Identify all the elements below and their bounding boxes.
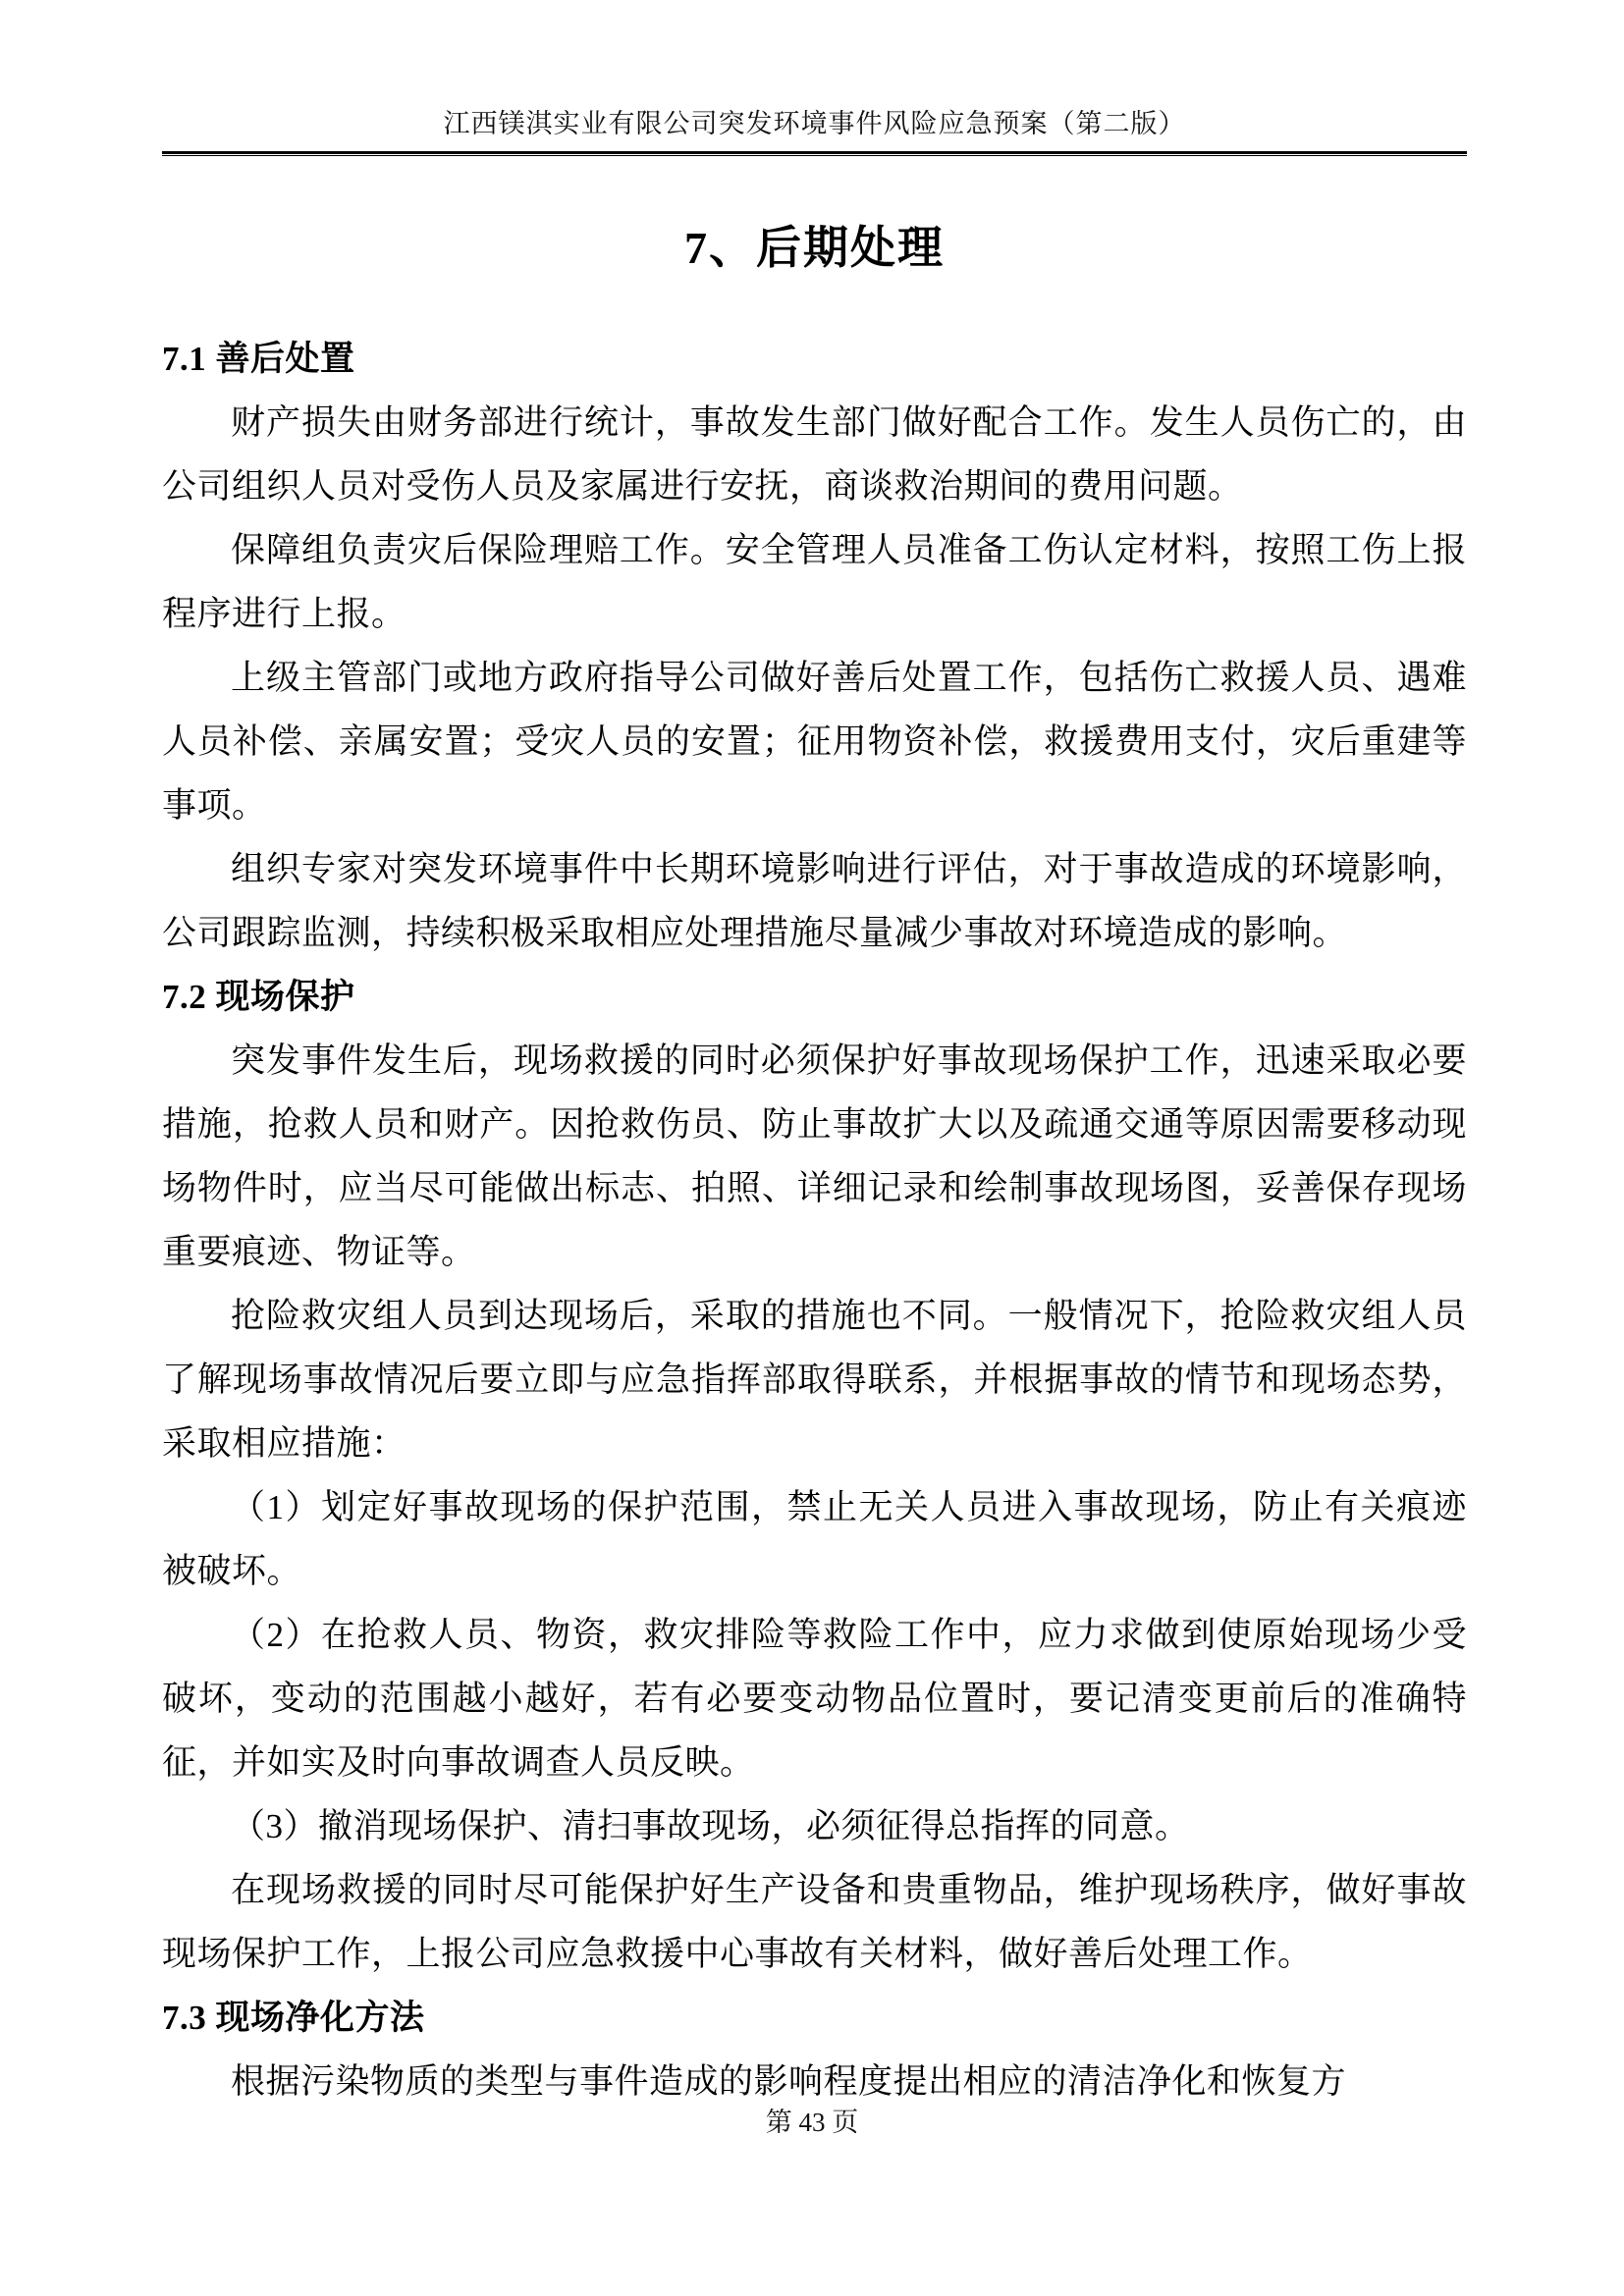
paragraph: （1）划定好事故现场的保护范围，禁止无关人员进入事故现场，防止有关痕迹被破坏。 <box>162 1475 1467 1603</box>
paragraph: 保障组负责灾后保险理赔工作。安全管理人员准备工伤认定材料，按照工伤上报程序进行上… <box>162 518 1467 646</box>
document-body: 7、后期处理 7.1 善后处置 财产损失由财务部进行统计，事故发生部门做好配合工… <box>162 221 1467 2113</box>
paragraph: 抢险救灾组人员到达现场后，采取的措施也不同。一般情况下，抢险救灾组人员了解现场事… <box>162 1284 1467 1475</box>
page-footer: 第 43 页 <box>0 2101 1624 2139</box>
document-page: 江西镁淇实业有限公司突发环境事件风险应急预案（第二版） 7、后期处理 7.1 善… <box>0 0 1624 2296</box>
header-title: 江西镁淇实业有限公司突发环境事件风险应急预案（第二版） <box>162 108 1467 139</box>
section-heading-7-2: 7.2 现场保护 <box>162 965 1467 1029</box>
paragraph: 上级主管部门或地方政府指导公司做好善后处置工作，包括伤亡救援人员、遇难人员补偿、… <box>162 646 1467 837</box>
header-rule <box>162 151 1467 156</box>
paragraph: 组织专家对突发环境事件中长期环境影响进行评估，对于事故造成的环境影响，公司跟踪监… <box>162 837 1467 965</box>
paragraph: 在现场救援的同时尽可能保护好生产设备和贵重物品，维护现场秩序，做好事故现场保护工… <box>162 1858 1467 1986</box>
paragraph: 突发事件发生后，现场救援的同时必须保护好事故现场保护工作，迅速采取必要措施，抢救… <box>162 1029 1467 1284</box>
page-number: 第 43 页 <box>766 2108 859 2137</box>
page-header: 江西镁淇实业有限公司突发环境事件风险应急预案（第二版） <box>162 0 1467 151</box>
page-title: 7、后期处理 <box>162 221 1467 276</box>
paragraph: 财产损失由财务部进行统计，事故发生部门做好配合工作。发生人员伤亡的，由公司组织人… <box>162 391 1467 518</box>
paragraph: （2）在抢救人员、物资，救灾排险等救险工作中，应力求做到使原始现场少受破坏，变动… <box>162 1603 1467 1794</box>
paragraph: （3）撤消现场保护、清扫事故现场，必须征得总指挥的同意。 <box>162 1794 1467 1858</box>
section-heading-7-3: 7.3 现场净化方法 <box>162 1986 1467 2050</box>
section-heading-7-1: 7.1 善后处置 <box>162 327 1467 391</box>
